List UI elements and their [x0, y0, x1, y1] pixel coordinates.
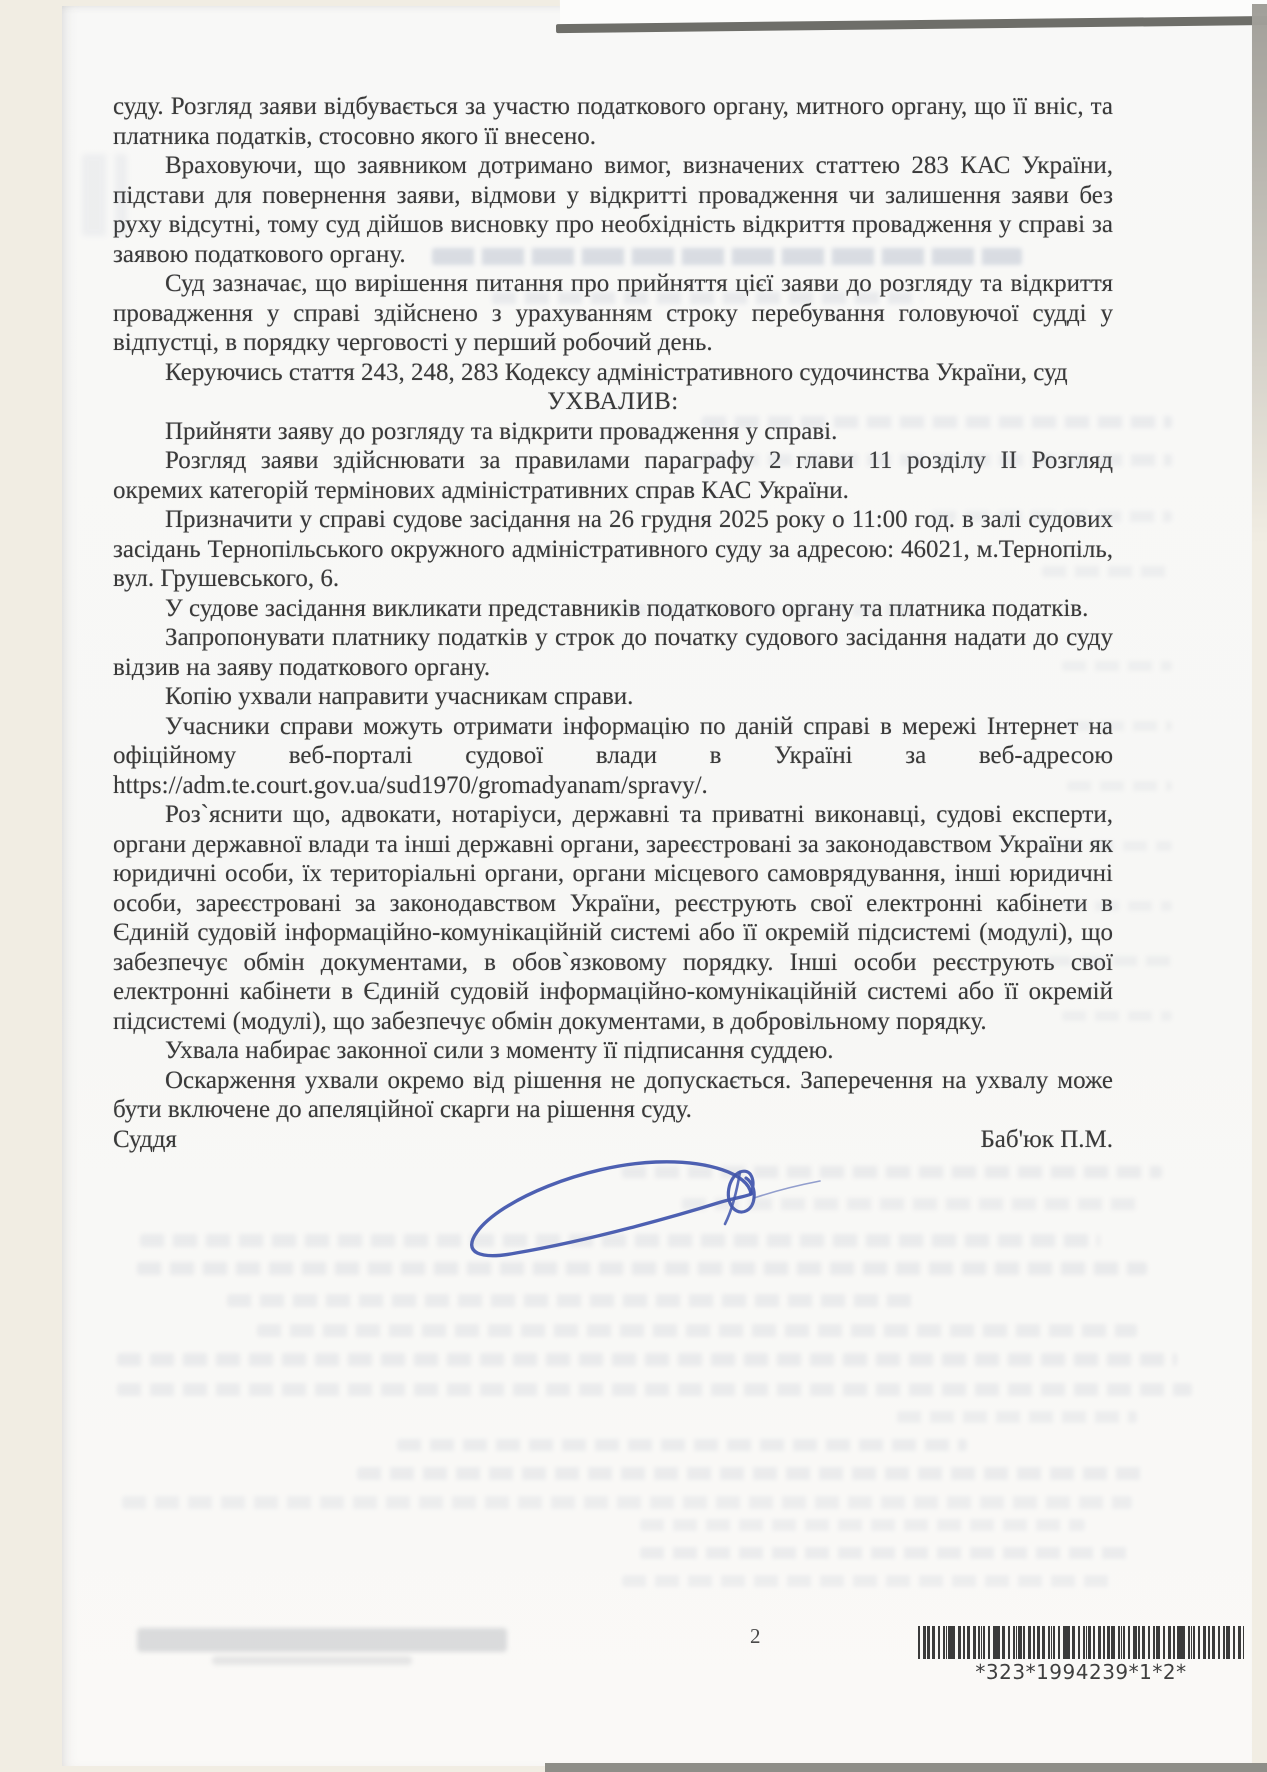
stamp-bleed-smudge — [212, 1656, 412, 1665]
bleedthrough-line-ghost — [117, 1353, 1177, 1366]
signature-row: Суддя Баб'юк П.М. — [113, 1125, 1113, 1155]
paragraph: Копію ухвали направити учасникам справи. — [113, 682, 1113, 712]
judge-signature-ink — [452, 1152, 824, 1264]
paragraph: Прийняти заяву до розгляду та відкрити п… — [113, 417, 1113, 447]
bleedthrough-line-ghost — [682, 1198, 1142, 1210]
barcode: *323*1994239*1*2* — [918, 1626, 1244, 1684]
bleedthrough-line-ghost — [622, 1575, 1117, 1587]
paragraph: Враховуючи, що заявником дотримано вимог… — [113, 151, 1113, 269]
stamp-bleed-smudge — [137, 1628, 507, 1652]
scan-right-edge-shadow — [1252, 4, 1267, 544]
paragraph: Запропонувати платнику податків у строк … — [113, 623, 1113, 682]
scanned-court-document: { "doc": { "page_number": "2", "barcode_… — [0, 0, 1267, 1772]
bleedthrough-line-ghost — [227, 1294, 912, 1307]
scan-bottom-edge-shadow — [545, 1763, 1267, 1772]
paragraph-web-portal: Учасники справи можуть отримати інформац… — [113, 712, 1113, 801]
paragraph: Роз`яснити що, адвокати, нотаріуси, держ… — [113, 800, 1113, 1036]
bleedthrough-line-ghost — [640, 1547, 1132, 1559]
paragraph: У судове засідання викликати представник… — [113, 594, 1113, 624]
paragraph-continuation: суду. Розгляд заяви відбувається за учас… — [113, 92, 1113, 151]
barcode-bars-icon — [918, 1626, 1244, 1659]
ruling-heading: УХВАЛИВ: — [113, 387, 1113, 417]
bleedthrough-line-ghost — [897, 1411, 1137, 1423]
bleedthrough-line-ghost — [137, 1262, 1147, 1275]
paragraph: Керуючись стаття 243, 248, 283 Кодексу а… — [113, 358, 1113, 388]
paragraph: Суд зазначає, що вирішення питання про п… — [113, 269, 1113, 358]
paper-sheet: суду. Розгляд заяви відбувається за учас… — [62, 6, 1252, 1766]
page-number: 2 — [750, 1624, 761, 1649]
judge-role-label: Суддя — [113, 1125, 177, 1155]
bleedthrough-line-ghost — [122, 1496, 1132, 1509]
barcode-label: *323*1994239*1*2* — [918, 1660, 1244, 1684]
paragraph: Призначити у справі судове засідання на … — [113, 505, 1113, 594]
bleedthrough-line-ghost — [622, 1166, 1162, 1178]
bleedthrough-line-ghost — [117, 1383, 1192, 1396]
paragraph: Ухвала набирає законної сили з моменту ї… — [113, 1036, 1113, 1066]
bleedthrough-line-ghost — [257, 1324, 1137, 1337]
bleedthrough-line-ghost — [640, 1519, 1085, 1531]
bleedthrough-line-ghost — [357, 1467, 1142, 1480]
document-body: суду. Розгляд заяви відбувається за учас… — [113, 92, 1113, 1154]
bleedthrough-line-ghost — [397, 1439, 967, 1451]
bleedthrough-line-ghost — [140, 1234, 1100, 1247]
judge-name: Баб'юк П.М. — [980, 1125, 1113, 1155]
paragraph: Розгляд заяви здійснювати за правилами п… — [113, 446, 1113, 505]
paragraph: Оскарження ухвали окремо від рішення не … — [113, 1066, 1113, 1125]
